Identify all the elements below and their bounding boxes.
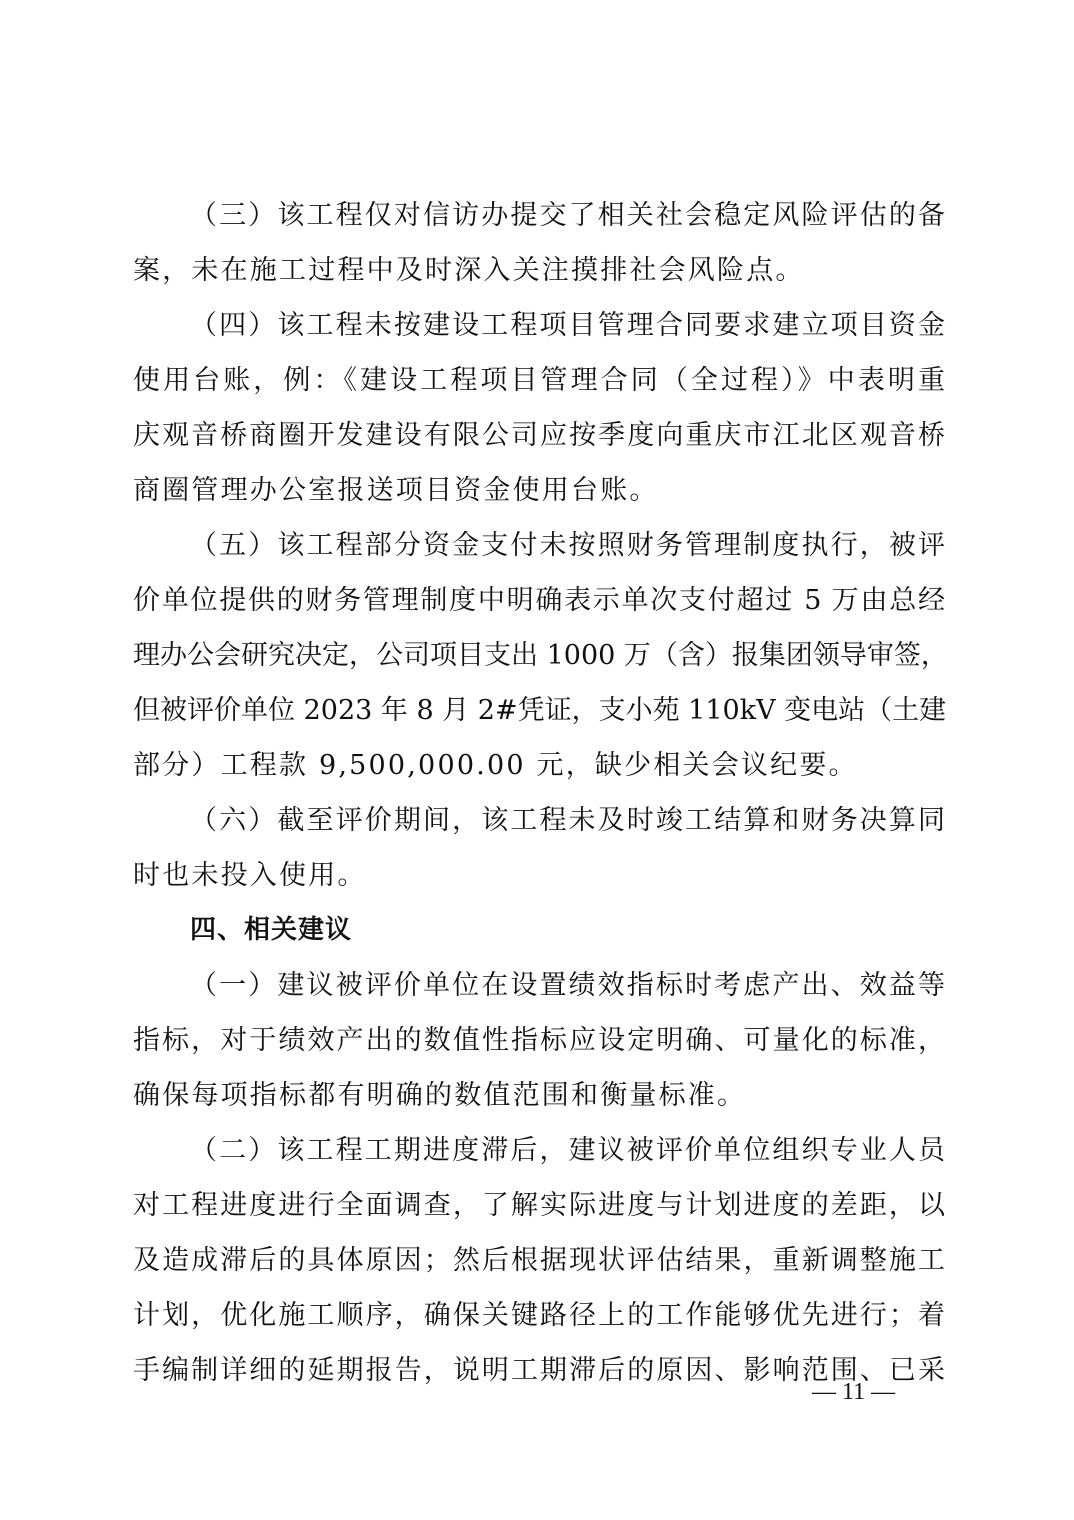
text-line: 价单位提供的财务管理制度中明确表示单次支付超过 5 万由总经	[133, 573, 945, 628]
heading-text: 四、相关建议	[133, 903, 945, 958]
paragraph-suggestion-2: （二）该工程工期进度滞后，建议被评价单位组织专业人员 对工程进度进行全面调查，了…	[133, 1123, 945, 1398]
paragraph-item-3: （三）该工程仅对信访办提交了相关社会稳定风险评估的备 案，未在施工过程中及时深入…	[133, 188, 945, 298]
text-line: （二）该工程工期进度滞后，建议被评价单位组织专业人员	[133, 1123, 945, 1178]
text-line: 计划，优化施工顺序，确保关键路径上的工作能够优先进行；着	[133, 1288, 945, 1343]
text-line: （五）该工程部分资金支付未按照财务管理制度执行，被评	[133, 518, 945, 573]
page-number: — 11 —	[812, 1377, 895, 1407]
text-line: 部分）工程款 9,500,000.00 元，缺少相关会议纪要。	[133, 738, 945, 793]
text-line: （六）截至评价期间，该工程未及时竣工结算和财务决算同	[133, 793, 945, 848]
paragraph-suggestion-1: （一）建议被评价单位在设置绩效指标时考虑产出、效益等 指标，对于绩效产出的数值性…	[133, 958, 945, 1123]
text-line: 使用台账，例：《建设工程项目管理合同（全过程）》中表明重	[133, 353, 945, 408]
paragraph-item-4: （四）该工程未按建设工程项目管理合同要求建立项目资金 使用台账，例：《建设工程项…	[133, 298, 945, 518]
section-heading: 四、相关建议	[133, 903, 945, 958]
text-line: （三）该工程仅对信访办提交了相关社会稳定风险评估的备	[133, 188, 945, 243]
document-page: （三）该工程仅对信访办提交了相关社会稳定风险评估的备 案，未在施工过程中及时深入…	[133, 188, 945, 1398]
text-line: 对工程进度进行全面调查，了解实际进度与计划进度的差距，以	[133, 1178, 945, 1233]
paragraph-item-5: （五）该工程部分资金支付未按照财务管理制度执行，被评 价单位提供的财务管理制度中…	[133, 518, 945, 793]
text-line: 时也未投入使用。	[133, 848, 945, 903]
text-line: 但被评价单位 2023 年 8 月 2#凭证，支小苑 110kV 变电站（土建	[133, 683, 945, 738]
text-line: （一）建议被评价单位在设置绩效指标时考虑产出、效益等	[133, 958, 945, 1013]
text-line: 理办公会研究决定，公司项目支出 1000 万（含）报集团领导审签，	[133, 628, 945, 683]
text-line: 及造成滞后的具体原因；然后根据现状评估结果，重新调整施工	[133, 1233, 945, 1288]
text-line: 庆观音桥商圈开发建设有限公司应按季度向重庆市江北区观音桥	[133, 408, 945, 463]
text-line: 案，未在施工过程中及时深入关注摸排社会风险点。	[133, 243, 945, 298]
text-line: （四）该工程未按建设工程项目管理合同要求建立项目资金	[133, 298, 945, 353]
text-line: 确保每项指标都有明确的数值范围和衡量标准。	[133, 1068, 945, 1123]
paragraph-item-6: （六）截至评价期间，该工程未及时竣工结算和财务决算同 时也未投入使用。	[133, 793, 945, 903]
text-line: 指标，对于绩效产出的数值性指标应设定明确、可量化的标准，	[133, 1013, 945, 1068]
text-line: 商圈管理办公室报送项目资金使用台账。	[133, 463, 945, 518]
